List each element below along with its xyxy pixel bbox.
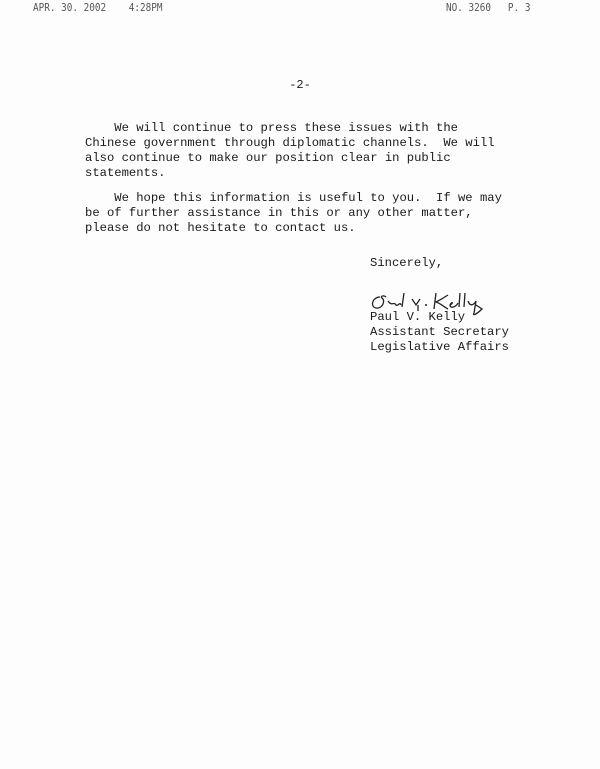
fax-time: 4:28PM bbox=[129, 1, 163, 14]
text-line: also continue to make our position clear… bbox=[85, 151, 495, 166]
signature-block: Paul V. KellyAssistant SecretaryLegislat… bbox=[370, 310, 509, 355]
paragraph-2: We hope this information is useful to yo… bbox=[85, 191, 502, 236]
closing: Sincerely, bbox=[370, 256, 443, 271]
signer-office: Legislative Affairs bbox=[370, 340, 509, 355]
fax-date-time: APR. 30. 2002 4:28PM bbox=[33, 1, 162, 14]
paragraph-1: We will continue to press these issues w… bbox=[85, 121, 495, 181]
text-line: be of further assistance in this or any … bbox=[85, 206, 502, 221]
fax-date: APR. 30. 2002 bbox=[33, 1, 106, 14]
text-line: please do not hesitate to contact us. bbox=[85, 221, 502, 236]
page-number: -2- bbox=[0, 78, 600, 92]
fax-number-page: NO. 3260 P. 3 bbox=[446, 1, 530, 14]
text-line: We hope this information is useful to yo… bbox=[85, 191, 502, 206]
signer-name: Paul V. Kelly bbox=[370, 310, 509, 325]
text-line: statements. bbox=[85, 166, 495, 181]
text-line: We will continue to press these issues w… bbox=[85, 121, 495, 136]
fax-number: NO. 3260 bbox=[446, 1, 491, 14]
text-line: Chinese government through diplomatic ch… bbox=[85, 136, 495, 151]
signer-title: Assistant Secretary bbox=[370, 325, 509, 340]
fax-page: P. 3 bbox=[508, 1, 531, 14]
